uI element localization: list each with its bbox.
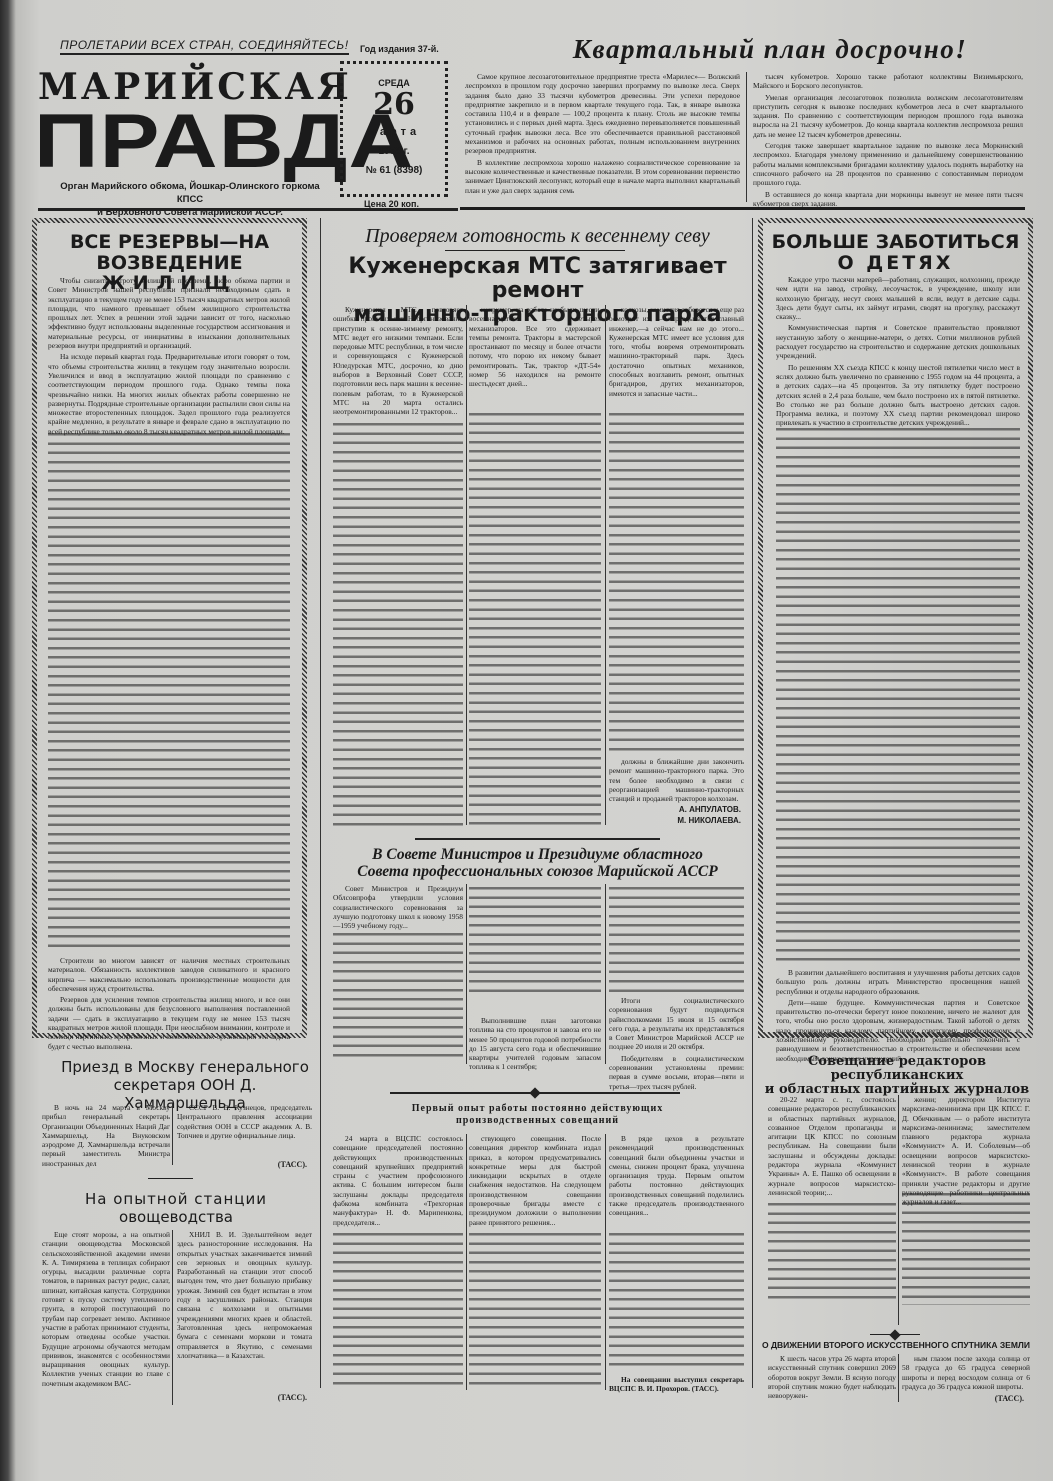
children-closing: В развитии дальнейшего воспитания и улуч… [776,968,1020,1065]
ornamental-rule [870,1334,920,1335]
author: М. НИКОЛАЕВА. [609,815,741,826]
children-headline-line2: О ДЕТЯХ [768,253,1023,274]
lead-headline: Квартальный план досрочно! [520,34,1020,65]
housing-body: Чтобы снизить остроту жилищной проблемы,… [48,276,290,438]
council-headline-line1: В Совете Министров и Президиуме областно… [325,846,750,863]
vegetable-headline-line1: На опытной станции [40,1190,312,1208]
vegetable-paragraph: Еще стоят морозы, а на опытной станции о… [42,1230,170,1388]
meetings-column-1-continued [333,1230,463,1390]
editors-paragraph: 20-22 марта с. г., состоялось совещание … [768,1095,896,1197]
housing-closing: Строители во многом зависят от наличия м… [48,956,290,1053]
hammarskjold-headline-line1: Приезд в Москву генерального [55,1058,315,1076]
meetings-column-2-continued [469,1230,601,1390]
mts-paragraph: например, на работе не были шести, восем… [469,305,601,389]
housing-paragraph: Строители во многом зависят от наличия м… [48,956,290,993]
meetings-column-1: 24 марта в ВЦСПС состоялось совещание пр… [333,1134,463,1229]
newspaper-page: ПРОЛЕТАРИИ ВСЕХ СТРАН, СОЕДИНЯЙТЕСЬ! МАР… [0,0,1053,1481]
section-rule [148,1178,193,1179]
children-paragraph: В развитии дальнейшего воспитания и улуч… [776,968,1020,996]
day: 26 [343,88,445,122]
year-of-issue: Год издания 37-й. [360,44,439,54]
mts-paragraph: колхозы, комиссия соберется и еще раз ос… [609,305,744,398]
lead-paragraph: Умелая организация лесозаготовок позволи… [753,93,1023,139]
hammarskjold-column-2: СССР В. В. Кузнецов, председатель Центра… [177,1103,312,1142]
meetings-headline: Первый опыт работы постоянно действующих… [325,1103,750,1127]
council-paragraph: Совет Министров и Президиум Облсовпрофа … [333,884,463,930]
mts-column-3: колхозы, комиссия соберется и еще раз ос… [609,305,744,400]
meetings-column-3-continued [609,1230,744,1370]
council-paragraph: Выполнившие план заготовки топлива на ст… [469,1016,601,1072]
column-divider [605,1134,606,1390]
mts-column-1: Куженерская МТС повторяет ошибки прошлых… [333,305,463,419]
organ-line-1: Орган Марийского обкома, Йошкар-Олинског… [60,180,320,206]
council-column-2-top [469,884,601,994]
meetings-paragraph: 24 марта в ВЦСПС состоялось совещание пр… [333,1134,463,1227]
hammarskjold-source: (ТАСС). [177,1160,307,1169]
mts-authors: А. АНПУЛАТОВ. М. НИКОЛАЕВА. [609,804,741,826]
mts-column-2: например, на работе не были шести, восем… [469,305,601,391]
council-headline-line2: Совета профессиональных союзов Марийской… [325,863,750,880]
editors-column-1-continued [768,1200,896,1305]
column-divider [605,884,606,1064]
column-divider [466,884,467,1064]
sputnik-paragraph: ным глазом после захода солнца от 58 гра… [902,1354,1030,1391]
sputnik-paragraph: К шесть часов утра 26 марта второй искус… [768,1354,896,1400]
mts-column-3-end: должны в ближайшие дни закончить ремонт … [609,757,744,805]
mts-column-2-continued [469,410,601,830]
council-paragraph: Победителям в социалистическом соревнова… [609,1054,744,1091]
children-paragraph: Каждое утро тысячи матерей—работниц, слу… [776,275,1020,321]
column-divider [172,1230,173,1405]
date-box: СРЕДА 26 марта 1958 г. № 61 (8398) [340,61,448,197]
column-divider [466,305,467,825]
meetings-paragraph: В ряде цехов в результате рекомендаций п… [609,1134,744,1218]
lead-paragraph: В коллективе леспромхоза хорошо налажено… [465,158,740,195]
hammarskjold-paragraph: СССР В. В. Кузнецов, председатель Центра… [177,1103,312,1140]
party-motto: ПРОЛЕТАРИИ ВСЕХ СТРАН, СОЕДИНЯЙТЕСЬ! [60,38,349,55]
children-headline: БОЛЬШЕ ЗАБОТИТЬСЯ О ДЕТЯХ [768,232,1023,273]
meetings-headline-line2: производственных совещаний [325,1115,750,1127]
box-bottom-edge [758,1032,1023,1038]
editors-column-2-continued [902,1190,1030,1305]
housing-paragraph: На исходе первый квартал года. Предварит… [48,352,290,436]
mts-kicker: Проверяем готовность к весеннему севу [325,225,750,248]
vegetable-paragraph: ХНИЛ В. И. Эдельштейном ведет здесь разн… [177,1230,312,1360]
column-divider [605,305,606,825]
lead-paragraph: тысяч кубометров. Хорошо также работают … [753,72,1023,91]
meetings-paragraph: На совещании выступил секретарь ВЦСПС В.… [609,1375,744,1394]
children-paragraph: По решениям XX съезда КПСС к концу шесто… [776,363,1020,428]
year: 1958 г. [343,146,445,157]
vegetable-headline-line2: овощеводства [40,1208,312,1226]
editors-headline: Совещание редакторов республиканских и о… [762,1055,1032,1097]
council-column-3: Итоги социалистического соревнования буд… [609,996,744,1093]
children-body-continued [776,425,1020,965]
organ-line: Орган Марийского обкома, Йошкар-Олинског… [60,180,320,219]
vegetable-column-2: ХНИЛ В. И. Эдельштейном ведет здесь разн… [177,1230,312,1362]
council-column-2: Выполнившие план заготовки топлива на ст… [469,1016,601,1074]
council-column-1-continued [333,930,463,1060]
column-divider [320,218,321,1388]
meetings-closing: На совещании выступил секретарь ВЦСПС В.… [609,1375,744,1396]
lead-column-2: тысяч кубометров. Хорошо также работают … [753,72,1023,210]
kicker-rule [445,250,625,251]
sputnik-source: (ТАСС). [902,1394,1024,1403]
mts-column-1-continued [333,420,463,830]
housing-body-continued [48,430,290,950]
mts-column-3-continued [609,410,744,755]
meetings-column-3: В ряде цехов в результате рекомендаций п… [609,1134,744,1220]
column-divider [752,218,753,1388]
hammarskjold-column-1: В ночь на 24 марта в Москву прибыл генер… [42,1103,170,1170]
lead-paragraph: В оставшиеся до конца квартала дни морки… [753,190,1023,209]
sputnik-headline: О ДВИЖЕНИИ ВТОРОГО ИСКУССТВЕННОГО СПУТНИ… [762,1340,1030,1350]
sputnik-column-2: ным глазом после захода солнца от 58 гра… [902,1354,1030,1393]
vegetable-headline: На опытной станции овощеводства [40,1190,312,1226]
mts-paragraph: Куженерская МТС повторяет ошибки прошлых… [333,305,463,417]
children-body: Каждое утро тысячи матерей—работниц, слу… [776,275,1020,430]
sputnik-column-1: К шесть часов утра 26 марта второй искус… [768,1354,896,1402]
hammarskjold-paragraph: В ночь на 24 марта в Москву прибыл генер… [42,1103,170,1168]
council-column-3-top [609,884,744,994]
ornamental-rule [390,1092,680,1094]
editors-column-1: 20-22 марта с. г., состоялось совещание … [768,1095,896,1199]
children-paragraph: Коммунистическая партия и Советское прав… [776,323,1020,360]
children-headline-line1: БОЛЬШЕ ЗАБОТИТЬСЯ [768,232,1023,253]
council-column-1: Совет Министров и Президиум Облсовпрофа … [333,884,463,932]
column-divider [746,72,747,202]
lead-paragraph: Сегодня также завершает квартальное зада… [753,141,1023,187]
housing-paragraph: Чтобы снизить остроту жилищной проблемы,… [48,276,290,350]
month: марта [343,126,445,138]
section-rule [415,838,660,840]
column-divider [898,1095,899,1325]
mts-headline-line1: Куженерская МТС затягивает ремонт [325,255,750,303]
housing-headline-line1: ВСЕ РЕЗЕРВЫ—НА ВОЗВЕДЕНИЕ [42,232,297,273]
vegetable-source: (ТАСС). [177,1393,307,1402]
column-divider [898,1354,899,1402]
issue-number: № 61 (8398) [343,165,445,176]
meetings-paragraph: ствующего совещания. После совещания дир… [469,1134,601,1227]
council-paragraph: Итоги социалистического соревнования буд… [609,996,744,1052]
housing-paragraph: Резервов для усиления темпов строительст… [48,995,290,1051]
council-headline: В Совете Министров и Президиуме областно… [325,846,750,880]
lead-rule [460,207,1025,210]
column-divider [466,1134,467,1390]
meetings-column-2: ствующего совещания. После совещания дир… [469,1134,601,1229]
meetings-headline-line1: Первый опыт работы постоянно действующих [325,1103,750,1115]
editors-headline-line1: Совещание редакторов республиканских [762,1055,1032,1083]
mts-paragraph: должны в ближайшие дни закончить ремонт … [609,757,744,803]
column-divider [172,1103,173,1165]
lead-column-1: Самое крупное лесозаготовительное предпр… [465,72,740,197]
masthead-rule [38,208,458,211]
lead-paragraph: Самое крупное лесозаготовительное предпр… [465,72,740,156]
author: А. АНПУЛАТОВ. [609,804,741,815]
vegetable-column-1: Еще стоят морозы, а на опытной станции о… [42,1230,170,1390]
